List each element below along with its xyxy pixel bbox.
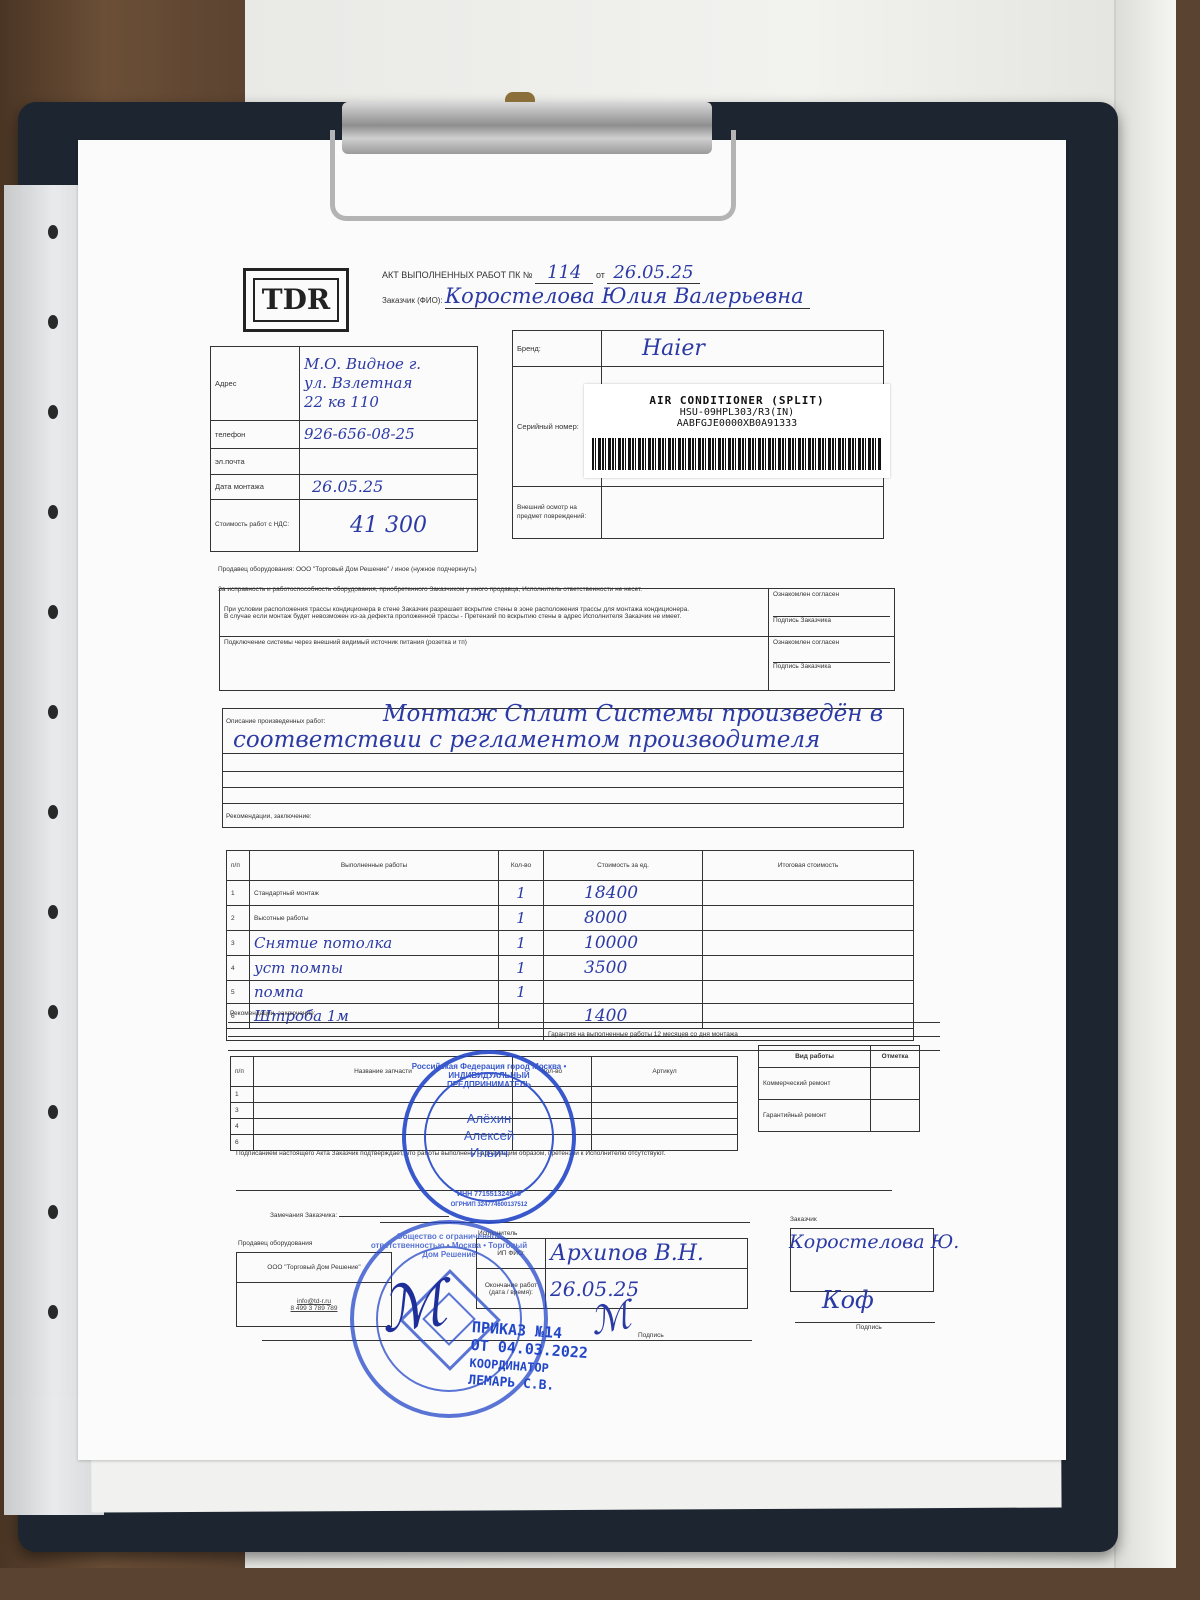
sign-customer-2[interactable]: Подпись Заказчика (773, 662, 890, 670)
terms-clauses: При условии расположения трассы кондицио… (220, 589, 769, 637)
customer-signature-label: Подпись (856, 1324, 882, 1331)
phone-value: 926-656-08-25 (300, 421, 478, 449)
install-date-value: 26.05.25 (300, 475, 478, 500)
works-recommendations-label: Рекомендации, заключение: (230, 1010, 316, 1017)
act-number: 114 (535, 262, 593, 284)
description-line1: Монтаж Сплит Системы произведён в (383, 701, 883, 727)
warranty-mark[interactable] (871, 1100, 920, 1132)
act-date: 26.05.25 (607, 262, 699, 284)
clip-wire (330, 130, 736, 221)
sticker-model: HSU-09HPL303/R3(IN) (584, 407, 890, 418)
serial-sticker: AIR CONDITIONER (SPLIT) HSU-09HPL303/R3(… (584, 384, 890, 478)
cost-value: 41 300 (300, 500, 478, 552)
description-line2: соответствии с регламентом производителя (233, 727, 820, 753)
agree-block-2: Ознакомлен согласен Подпись Заказчика (769, 637, 895, 691)
works-row: 3 Снятие потолка 1 10000 (227, 931, 914, 956)
sticker-serial: AABFGJE0000XB0A91333 (584, 418, 890, 429)
power-clause: Подключение системы через внешний видимы… (220, 637, 769, 691)
executor-fio-value: Архипов В.Н. (546, 1239, 748, 1269)
executor-signature-label: Подпись (638, 1332, 664, 1339)
finish-value: 26.05.25 (546, 1269, 748, 1309)
ip-stamp: Российская Федерация город Москва • ИНДИ… (402, 1050, 576, 1224)
recommendations-label: Рекомендации, заключение: (226, 813, 312, 820)
customer-sign-box[interactable]: Коростелова Ю. (790, 1228, 934, 1292)
address-label: Адрес (211, 347, 300, 421)
works-row: 6 Штроба 1м 1400 (227, 1004, 914, 1029)
cost-label: Стоимость работ с НДС: (211, 500, 300, 552)
act-title-row: АКТ ВЫПОЛНЕННЫХ РАБОТ ПК № 114 от 26.05.… (382, 262, 700, 285)
install-date-label: Дата монтажа (211, 475, 300, 500)
inspection-value (602, 487, 884, 539)
phone-label: телефон (211, 421, 300, 449)
email-label: эл.почта (211, 449, 300, 475)
brand-value: Haier (602, 331, 884, 367)
sign-customer-1[interactable]: Подпись Заказчика (773, 616, 890, 624)
email-value (300, 449, 478, 475)
works-row: 5 помпа 1 (227, 981, 914, 1004)
customer-row: Заказчик (ФИО): Коростелова Юлия Валерье… (382, 283, 810, 309)
address-value: М.О. Видное г.ул. Взлетная22 кв 110 (300, 347, 478, 421)
inspection-label: Внешний осмотр на предмет повреждений: (513, 487, 602, 539)
works-row: 2 Высотные работы 1 8000 (227, 906, 914, 931)
works-row: 4 уст помпы 1 3500 (227, 956, 914, 981)
company-signature: ℳ (375, 1266, 451, 1348)
works-row: 1 Стандартный монтаж 1 18400 (227, 881, 914, 906)
description-block: Описание произведенных работ: Монтаж Спл… (222, 708, 904, 828)
seller-title: Продавец оборудования (238, 1240, 312, 1247)
description-label: Описание произведенных работ: (226, 718, 325, 725)
barcode (592, 438, 882, 470)
work-type-warranty: Гарантийный ремонт (759, 1100, 871, 1132)
remarks-row: Замечания Заказчика: (270, 1212, 449, 1219)
works-table: п/п Выполненные работы Кол-во Стоимость … (226, 850, 914, 1041)
brand-label: Бренд: (513, 331, 602, 367)
customer-label: Заказчик (ФИО): (382, 296, 443, 305)
window-frame (1114, 0, 1176, 1568)
customer-sign-name: Коростелова Ю. (789, 1231, 959, 1253)
seller-line: Продавец оборудования: ООО "Торговый Дом… (218, 566, 477, 573)
terms-table: При условии расположения трассы кондицио… (219, 588, 895, 691)
company-logo: TDR (243, 268, 349, 332)
customer-title: Заказчик (790, 1216, 817, 1223)
commercial-mark[interactable] (871, 1068, 920, 1100)
act-title: АКТ ВЫПОЛНЕННЫХ РАБОТ ПК № (382, 270, 533, 280)
agree-block-1: Ознакомлен согласен Подпись Заказчика (769, 589, 895, 637)
customer-name: Коростелова Юлия Валерьевна (445, 284, 810, 309)
warranty-note: Гарантия на выполненные работы 12 месяце… (544, 1029, 914, 1041)
work-type-table: Вид работы Отметка Коммерческий ремонт Г… (758, 1045, 920, 1132)
client-info-table: Адрес М.О. Видное г.ул. Взлетная22 кв 11… (210, 346, 478, 552)
order-stamp: ПРИКАЗ №14ОТ 04.03.2022 КООРДИНАТОРЛЕМАР… (468, 1318, 590, 1398)
works-header-row: п/п Выполненные работы Кол-во Стоимость … (227, 851, 914, 881)
customer-signature: Коф (822, 1286, 874, 1314)
executor-signature: ℳ (586, 1292, 635, 1343)
sticker-product: AIR CONDITIONER (SPLIT) (584, 394, 890, 407)
work-type-commercial: Коммерческий ремонт (759, 1068, 871, 1100)
date-prefix: от (596, 270, 605, 280)
